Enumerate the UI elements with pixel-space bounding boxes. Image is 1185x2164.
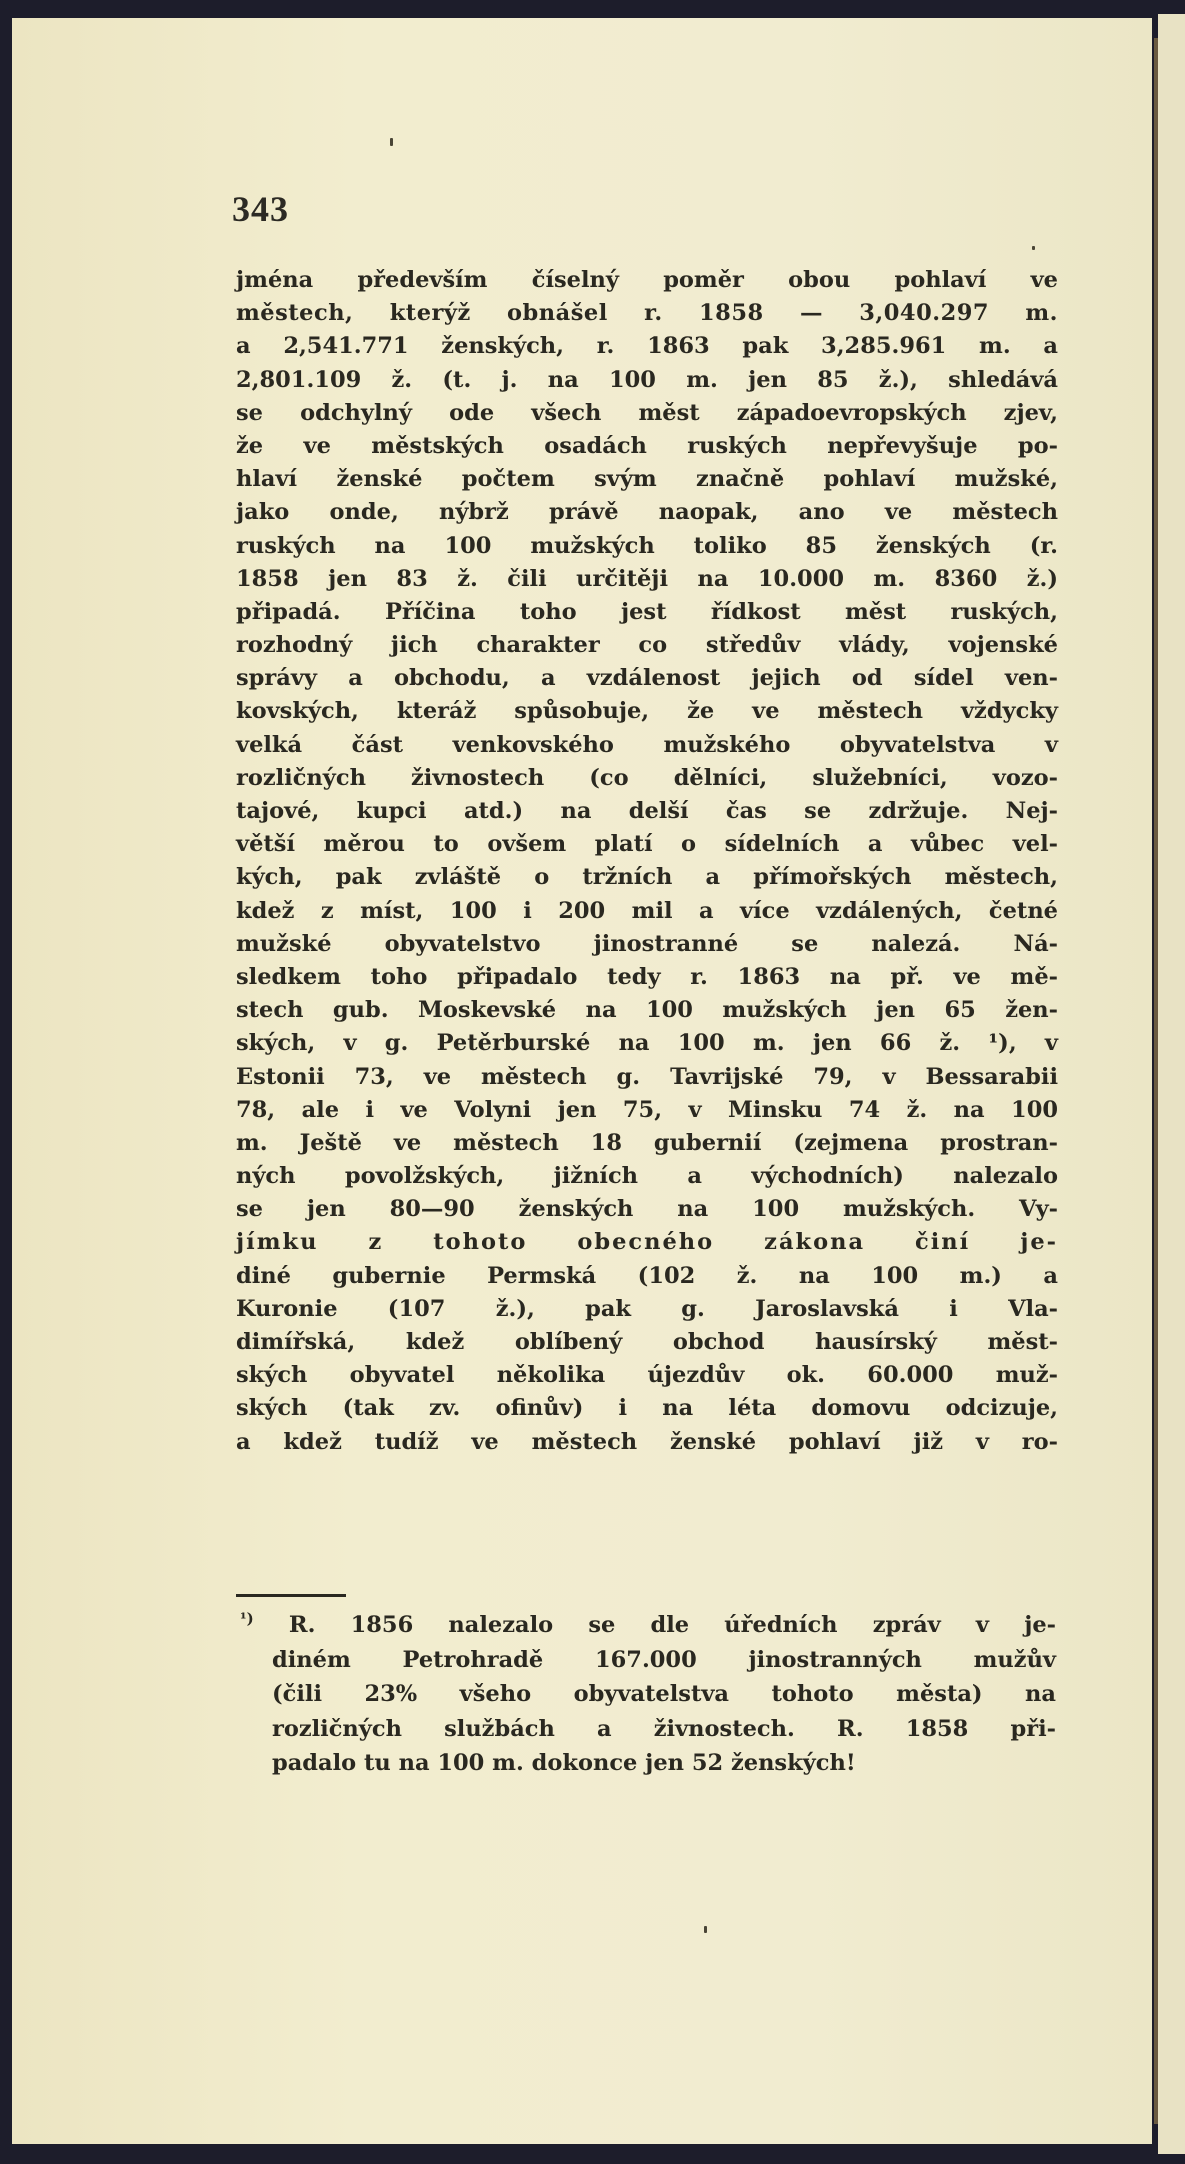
text-line: 78, ale i ve Volyni jen 75, v Minsku 74 … [236,1094,1058,1127]
text-line: hlaví ženské počtem svým značně pohlaví … [236,463,1058,496]
text-line: diné gubernie Permská (102 ž. na 100 m.)… [236,1260,1058,1293]
text-line: dimířská, kdež oblíbený obchod hausírský… [236,1326,1058,1359]
page-edge-shadow [1154,38,1158,2124]
footnote-line: rozličných službách a živnostech. R. 185… [240,1712,1056,1747]
text-line: kých, pak zvláště o tržních a přímořskýc… [236,861,1058,894]
text-line: správy a obchodu, a vzdálenost jejich od… [236,662,1058,695]
footnote-separator [236,1594,346,1597]
text-line: kdež z míst, 100 i 200 mil a více vzdále… [236,895,1058,928]
text-line: ských, v g. Petěrburské na 100 m. jen 66… [236,1027,1058,1060]
text-line: 2,801.109 ž. (t. j. na 100 m. jen 85 ž.)… [236,364,1058,397]
text-line: ských obyvatel několika újezdův ok. 60.0… [236,1359,1058,1392]
text-line: Estonii 73, ve městech g. Tavrijské 79, … [236,1061,1058,1094]
text-line: rozhodný jich charakter co středův vlády… [236,629,1058,662]
footnote-line: diném Petrohradě 167.000 jinostranných m… [240,1643,1056,1678]
print-speck [704,1926,707,1933]
text-line: ných povolžských, jižních a východních) … [236,1160,1058,1193]
page-number: 343 [232,188,289,230]
text-line: a 2,541.771 ženských, r. 1863 pak 3,285.… [236,330,1058,363]
text-line: a kdež tudíž ve městech ženské pohlaví j… [236,1426,1058,1459]
text-line: připadá. Příčina toho jest řídkost měst … [236,596,1058,629]
footnote-line: ¹) R. 1856 nalezalo se dle úředních zprá… [240,1608,1056,1643]
body-text: jména především číselný poměr obou pohla… [236,264,1058,1459]
footnote-line: padalo tu na 100 m. dokonce jen 52 žensk… [240,1746,1056,1781]
text-line: kovských, kteráž spůsobuje, že ve městec… [236,695,1058,728]
print-speck [390,138,393,146]
adjacent-page-edge [1158,14,1185,2154]
text-line: ruských na 100 mužských toliko 85 ženský… [236,530,1058,563]
footnote-marker: ¹) [240,1610,254,1628]
footnote-text: R. 1856 nalezalo se dle úředních zpráv v… [289,1612,1056,1638]
text-line: velká část venkovského mužského obyvatel… [236,729,1058,762]
text-line: větší měrou to ovšem platí o sídelních a… [236,828,1058,861]
text-line: se odchylný ode všech měst západoevropsk… [236,397,1058,430]
text-line: jako onde, nýbrž právě naopak, ano ve mě… [236,496,1058,529]
text-line: stech gub. Moskevské na 100 mužských jen… [236,994,1058,1027]
text-line: jímku z tohoto obecného zákona činí je- [236,1226,1058,1259]
text-line: tajové, kupci atd.) na delší čas se zdrž… [236,795,1058,828]
text-line: ských (tak zv. ofinův) i na léta domovu … [236,1392,1058,1425]
text-line: jména především číselný poměr obou pohla… [236,264,1058,297]
text-line: m. Ještě ve městech 18 gubernií (zejmena… [236,1127,1058,1160]
text-line: rozličných živnostech (co dělníci, služe… [236,762,1058,795]
text-line: mužské obyvatelstvo jinostranné se nalez… [236,928,1058,961]
footnote: ¹) R. 1856 nalezalo se dle úředních zprá… [240,1608,1056,1781]
text-line: že ve městských osadách ruských nepřevyš… [236,430,1058,463]
print-speck [1032,246,1035,250]
text-line: se jen 80—90 ženských na 100 mužských. V… [236,1193,1058,1226]
footnote-line: (čili 23% všeho obyvatelstva tohoto měst… [240,1677,1056,1712]
text-line: Kuronie (107 ž.), pak g. Jaroslavská i V… [236,1293,1058,1326]
text-line: sledkem toho připadalo tedy r. 1863 na p… [236,961,1058,994]
text-line: 1858 jen 83 ž. čili určitěji na 10.000 m… [236,563,1058,596]
text-line: městech, kterýž obnášel r. 1858 — 3,040.… [236,297,1058,330]
